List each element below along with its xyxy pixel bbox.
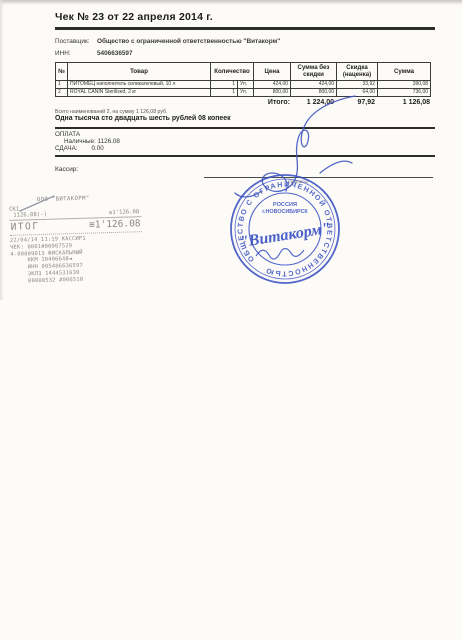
row-sum-no-discount: 424,00	[291, 80, 337, 88]
row-discount: 33,92	[337, 80, 378, 88]
row-sum-no-discount: 800,00	[291, 88, 337, 96]
page-title: Чек № 23 от 22 апреля 2014 г.	[55, 11, 213, 23]
row-qty: 1	[211, 80, 238, 88]
row-num: 1	[56, 80, 68, 88]
col-price: Цена	[254, 63, 291, 81]
change-value: 0.00	[92, 145, 104, 152]
receipt-total-label: ИТОГ	[10, 221, 39, 233]
receipt-total-line: ИТОГ ≡1'126.08	[9, 217, 141, 236]
scanned-receipt-page: Чек № 23 от 22 апреля 2014 г. Поставщик:…	[0, 0, 462, 640]
col-num: №	[56, 63, 68, 81]
total-sum: 1 126,08	[350, 99, 430, 106]
receipt-store-name: ООО "ВИТАКОРМ"	[37, 194, 141, 203]
row-qty: 1	[211, 88, 238, 96]
scan-edge-shadow	[0, 0, 462, 5]
row-num: 2	[56, 88, 68, 96]
title-rule	[55, 27, 435, 30]
cash-register-receipt: ООО "ВИТАКОРМ" СК1 1126.08(-) ≡1'126.08 …	[9, 194, 143, 285]
col-product: Товар	[68, 63, 211, 81]
supplier-value: Общество с ограниченной ответственностью…	[97, 38, 280, 45]
stamp-country-text: РОССИЯ	[273, 202, 297, 208]
table-row: 2 ROYAL CANIN Sterilised, 2 кг 1 Уп. 800…	[56, 88, 431, 96]
company-stamp: ОБЩЕСТВО С ОГРАНИЧЕННОЙ ОТВЕТСТВЕННОСТЬЮ…	[228, 172, 342, 286]
inn-label: ИНН:	[55, 50, 71, 57]
stamp-mid-circle	[235, 179, 335, 279]
stamp-signature-squiggle	[256, 249, 304, 260]
cashier-label: Кассир:	[55, 166, 78, 173]
row-unit: Уп.	[238, 88, 254, 96]
table-header-row: № Товар Количество Цена Сумма без скидки…	[56, 63, 431, 81]
stamp-center-text: "Витакорм"	[239, 220, 332, 251]
payment-change-line: СДАЧА:0.00	[55, 145, 104, 152]
receipt-total-value: ≡1'126.08	[89, 218, 141, 230]
row-unit: Уп.	[238, 80, 254, 88]
row-sum: 390,08	[378, 80, 431, 88]
cash-label: Наличные:	[64, 138, 96, 145]
amount-in-words: Одна тысяча сто двадцать шесть рублей 08…	[55, 115, 231, 122]
change-label: СДАЧА:	[55, 145, 78, 152]
stamp-city-text: г.НОВОСИБИРСК	[262, 209, 308, 215]
supplier-label: Поставщик:	[55, 38, 90, 45]
row-sum: 736,00	[378, 88, 431, 96]
cash-value: 1126.08	[98, 138, 120, 145]
col-discount: Скидка (наценка)	[337, 63, 378, 81]
row-price: 424,00	[254, 80, 291, 88]
receipt-amount-left: 1126.08(-)	[13, 212, 47, 219]
row-product: ROYAL CANIN Sterilised, 2 кг	[68, 88, 211, 96]
row-product: ПИТОМЕЦ наполнитель силикагелевый, 10 л	[68, 80, 211, 88]
row-price: 800,00	[254, 88, 291, 96]
row-discount: 64,00	[337, 88, 378, 96]
signature-caption: (подпись)	[288, 179, 308, 184]
col-sum-no-discount: Сумма без скидки	[291, 63, 337, 81]
payment-cash-line: Наличные: 1126.08	[64, 138, 120, 145]
stamp-outer-circle	[231, 175, 339, 283]
signature-line	[204, 177, 433, 178]
inn-value: 5406636597	[97, 50, 133, 57]
items-table: № Товар Количество Цена Сумма без скидки…	[55, 62, 431, 97]
col-sum: Сумма	[378, 63, 431, 81]
receipt-amount-right: ≡1'126.08	[109, 209, 139, 216]
stamp-ring-text: ОБЩЕСТВО С ОГРАНИЧЕННОЙ ОТВЕТСТВЕННОСТЬЮ	[236, 179, 335, 278]
col-qty: Количество	[211, 63, 254, 81]
stamp-inner-circle	[249, 193, 321, 265]
payment-title: ОПЛАТА	[55, 131, 80, 138]
divider-rule	[55, 155, 435, 157]
divider-rule	[55, 127, 435, 129]
table-row: 1 ПИТОМЕЦ наполнитель силикагелевый, 10 …	[56, 80, 431, 88]
scan-edge-shadow-left	[0, 0, 4, 300]
